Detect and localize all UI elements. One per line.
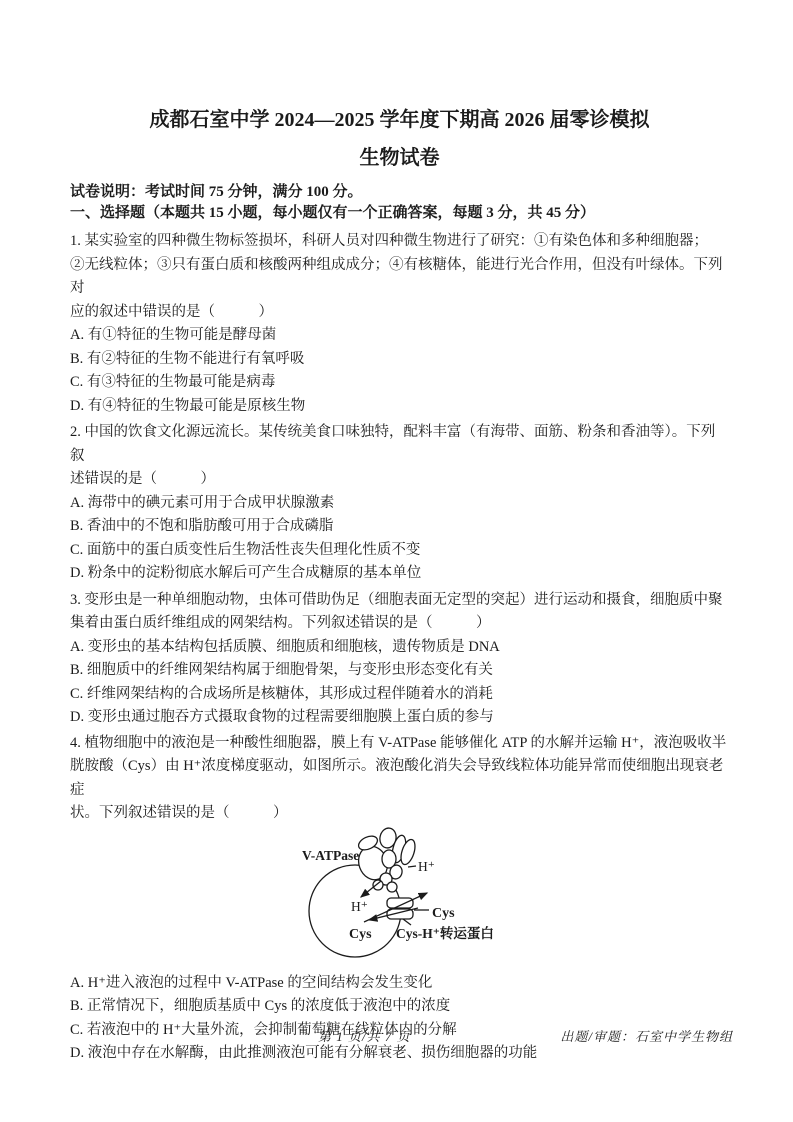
exam-paper-page: 成都石室中学 2024—2025 学年度下期高 2026 届零诊模拟 生物试卷 … <box>0 0 793 1122</box>
question-4-stem-line: 胱胺酸（Cys）由 H⁺浓度梯度驱动，如图所示。液泡酸化消失会导致线粒体功能异常… <box>70 755 729 802</box>
question-4-option-d: D. 液泡中存在水解酶，由此推测液泡可能有分解衰老、损伤细胞器的功能 <box>70 1042 729 1066</box>
question-2-option-b: B. 香油中的不饱和脂肪酸可用于合成磷脂 <box>70 515 729 539</box>
question-1-stem-line: ②无线粒体；③只有蛋白质和核酸两种组成成分；④有核糖体，能进行光合作用，但没有叶… <box>70 254 729 301</box>
question-4-option-b: B. 正常情况下，细胞质基质中 Cys 的浓度低于液泡中的浓度 <box>70 995 729 1019</box>
question-2-option-c: C. 面筋中的蛋白质变性后生物活性丧失但理化性质不变 <box>70 539 729 563</box>
footer-credit: 出题/审题：石室中学生物组 <box>560 1026 733 1045</box>
question-4-stem-line: 状。下列叙述错误的是（ ） <box>70 802 729 826</box>
question-2: 2. 中国的饮食文化源远流长。某传统美食口味独特，配料丰富（有海带、面筋、粉条和… <box>70 421 729 586</box>
v-atpase-complex-icon <box>354 826 418 891</box>
vacuole-diagram: V-ATPase H⁺ H⁺ Cys Cys Cys-H⁺转运蛋白 <box>280 826 550 959</box>
question-1: 1. 某实验室的四种微生物标签损坏，科研人员对四种微生物进行了研究：①有染色体和… <box>70 230 729 418</box>
vacuole-figure: V-ATPase H⁺ H⁺ Cys Cys Cys-H⁺转运蛋白 <box>70 826 729 959</box>
question-3-option-d: D. 变形虫通过胞吞方式摄取食物的过程需要细胞膜上蛋白质的参与 <box>70 706 729 730</box>
h-out-connector-line <box>408 866 416 867</box>
question-3-stem-line: 集着由蛋白质纤维组成的网架结构。下列叙述错误的是（ ） <box>70 612 729 636</box>
h-in-label: H⁺ <box>351 899 368 914</box>
question-3-option-a: A. 变形虫的基本结构包括质膜、细胞质和细胞核，遗传物质是 DNA <box>70 636 729 660</box>
cys-out-label: Cys <box>432 906 455 921</box>
v-atpase-label: V-ATPase <box>302 848 359 863</box>
transporter-label-pointer-line <box>403 919 411 925</box>
question-4: 4. 植物细胞中的液泡是一种酸性细胞器，膜上有 V-ATPase 能够催化 AT… <box>70 732 729 1066</box>
question-1-option-b: B. 有②特征的生物不能进行有氧呼吸 <box>70 348 729 372</box>
h-out-label: H⁺ <box>418 859 435 874</box>
question-2-stem-line: 2. 中国的饮食文化源远流长。某传统美食口味独特，配料丰富（有海带、面筋、粉条和… <box>70 421 729 468</box>
exam-instructions: 试卷说明：考试时间 75 分钟，满分 100 分。 <box>70 182 729 203</box>
question-2-option-d: D. 粉条中的淀粉彻底水解后可产生合成糖原的基本单位 <box>70 562 729 586</box>
section-1-header: 一、选择题（本题共 15 小题，每小题仅有一个正确答案，每题 3 分，共 45 … <box>70 203 729 224</box>
question-4-options: A. H⁺进入液泡的过程中 V-ATPase 的空间结构会发生变化 B. 正常情… <box>70 972 729 1066</box>
question-3-option-c: C. 纤维网架结构的合成场所是核糖体，其形成过程伴随着水的消耗 <box>70 683 729 707</box>
question-1-option-a: A. 有①特征的生物可能是酵母菌 <box>70 324 729 348</box>
question-3-stem-line: 3. 变形虫是一种单细胞动物，虫体可借助伪足（细胞表面无定型的突起）进行运动和摄… <box>70 589 729 613</box>
question-3-option-b: B. 细胞质中的纤维网架结构属于细胞骨架，与变形虫形态变化有关 <box>70 659 729 683</box>
page-content: 成都石室中学 2024—2025 学年度下期高 2026 届零诊模拟 生物试卷 … <box>70 107 729 1066</box>
question-1-stem-line: 1. 某实验室的四种微生物标签损坏，科研人员对四种微生物进行了研究：①有染色体和… <box>70 230 729 254</box>
question-1-option-c: C. 有③特征的生物最可能是病毒 <box>70 371 729 395</box>
question-4-option-a: A. H⁺进入液泡的过程中 V-ATPase 的空间结构会发生变化 <box>70 972 729 996</box>
paper-subtitle: 生物试卷 <box>70 145 729 171</box>
transporter-label: Cys-H⁺转运蛋白 <box>396 925 494 941</box>
question-1-stem-line: 应的叙述中错误的是（ ） <box>70 301 729 325</box>
question-4-stem-line: 4. 植物细胞中的液泡是一种酸性细胞器，膜上有 V-ATPase 能够催化 AT… <box>70 732 729 756</box>
question-3: 3. 变形虫是一种单细胞动物，虫体可借助伪足（细胞表面无定型的突起）进行运动和摄… <box>70 589 729 730</box>
question-2-option-a: A. 海带中的碘元素可用于合成甲状腺激素 <box>70 492 729 516</box>
question-2-stem-line: 述错误的是（ ） <box>70 468 729 492</box>
page-title: 成都石室中学 2024—2025 学年度下期高 2026 届零诊模拟 <box>70 107 729 133</box>
footer-page-number: 第 1 页/共 7 页 <box>318 1026 411 1045</box>
question-1-option-d: D. 有④特征的生物最可能是原核生物 <box>70 395 729 419</box>
cys-in-label: Cys <box>349 927 372 942</box>
